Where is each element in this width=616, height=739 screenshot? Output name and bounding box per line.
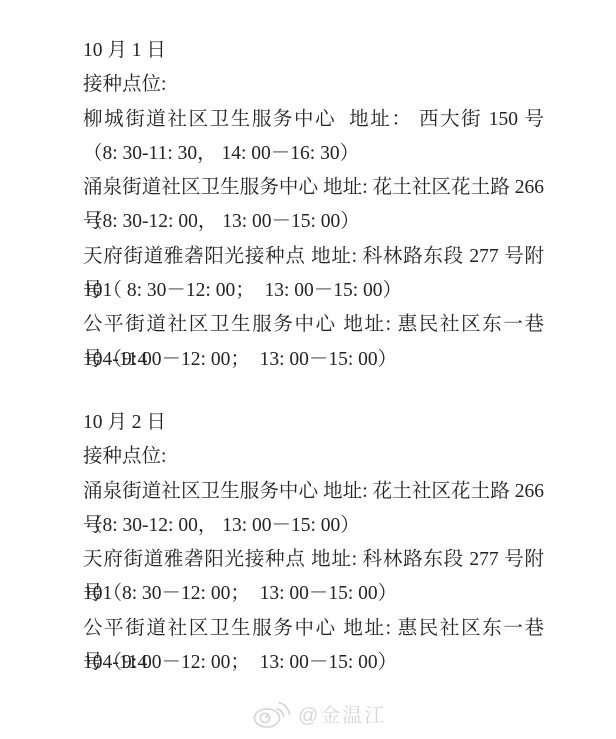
site-hours: 号（8: 30－12: 00； 13: 00－15: 00） (83, 577, 544, 611)
site-hours: 号（ 8: 30－12: 00； 13: 00－15: 00） (83, 274, 544, 308)
site-name-address: 涌泉街道社区卫生服务中心 地址: 花土社区花土路 266 号 (83, 475, 544, 509)
site-hours: 号（9: 00－12: 00； 13: 00－15: 00） (83, 646, 544, 680)
date-heading: 10 月 2 日 (83, 406, 544, 440)
document-page: 10 月 1 日 接种点位: 柳城街道社区卫生服务中心 地址： 西大街 150 … (0, 0, 616, 739)
site-name-address: 天府街道雅砻阳光接种点 地址: 科林路东段 277 号附 101 (83, 543, 544, 577)
site-hours: （8: 30-11: 30， 14: 00－16: 30） (83, 137, 544, 171)
site-hours: （8: 30-12: 00， 13: 00－15: 00） (83, 509, 544, 543)
site-name-address: 天府街道雅砻阳光接种点 地址: 科林路东段 277 号附 101 (83, 240, 544, 274)
site-hours: 号（9: 00－12: 00； 13: 00－15: 00） (83, 343, 544, 377)
date-heading: 10 月 1 日 (83, 34, 544, 68)
watermark: @金温江 (252, 696, 386, 730)
site-name-address: 公平街道社区卫生服务中心 地址: 惠民社区东一巷 104-114 (83, 308, 544, 342)
vaccination-schedule-text: 10 月 1 日 接种点位: 柳城街道社区卫生服务中心 地址： 西大街 150 … (83, 34, 544, 680)
section-subheading: 接种点位: (83, 68, 544, 102)
site-name-address: 公平街道社区卫生服务中心 地址: 惠民社区东一巷 104-114 (83, 612, 544, 646)
site-hours: （8: 30-12: 00， 13: 00－15: 00） (83, 205, 544, 239)
watermark-handle: @金温江 (298, 699, 386, 728)
day-section-oct-2: 10 月 2 日 接种点位: 涌泉街道社区卫生服务中心 地址: 花土社区花土路 … (83, 406, 544, 680)
site-name-address: 涌泉街道社区卫生服务中心 地址: 花土社区花土路 266 号 (83, 171, 544, 205)
section-subheading: 接种点位: (83, 440, 544, 474)
day-section-oct-1: 10 月 1 日 接种点位: 柳城街道社区卫生服务中心 地址： 西大街 150 … (83, 34, 544, 377)
site-name-address: 柳城街道社区卫生服务中心 地址： 西大街 150 号 (83, 103, 544, 137)
weibo-icon (252, 696, 292, 730)
